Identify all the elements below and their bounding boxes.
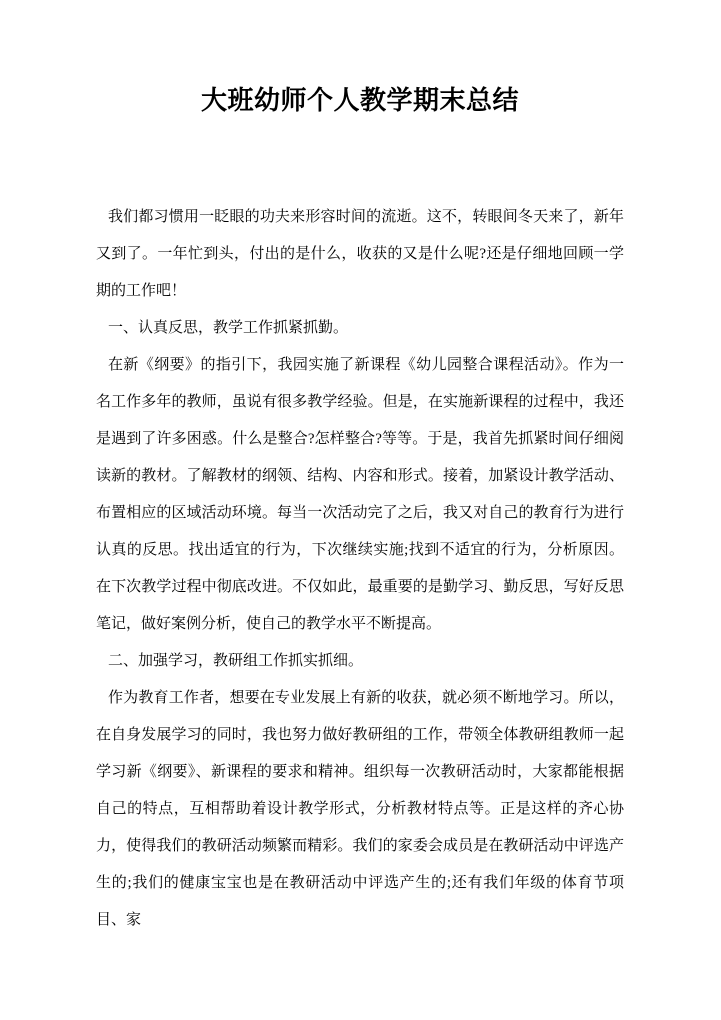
paragraph-section-2: 作为教育工作者，想要在专业发展上有新的收获，就必须不断地学习。所以，在自身发展学… [96,680,624,939]
paragraph-section-1: 在新《纲要》的指引下，我园实施了新课程《幼儿园整合课程活动》。作为一名工作多年的… [96,347,624,643]
section-heading-1: 一、认真反思，教学工作抓紧抓勤。 [96,310,624,347]
document-page: 大班幼师个人教学期末总结 我们都习惯用一眨眼的功夫来形容时间的流逝。这不，转眼间… [0,0,721,1020]
document-title: 大班幼师个人教学期末总结 [96,84,624,118]
document-body: 我们都习惯用一眨眼的功夫来形容时间的流逝。这不，转眼间冬天来了，新年又到了。一年… [96,199,624,939]
section-heading-2: 二、加强学习，教研组工作抓实抓细。 [96,643,624,680]
paragraph-intro: 我们都习惯用一眨眼的功夫来形容时间的流逝。这不，转眼间冬天来了，新年又到了。一年… [96,199,624,310]
